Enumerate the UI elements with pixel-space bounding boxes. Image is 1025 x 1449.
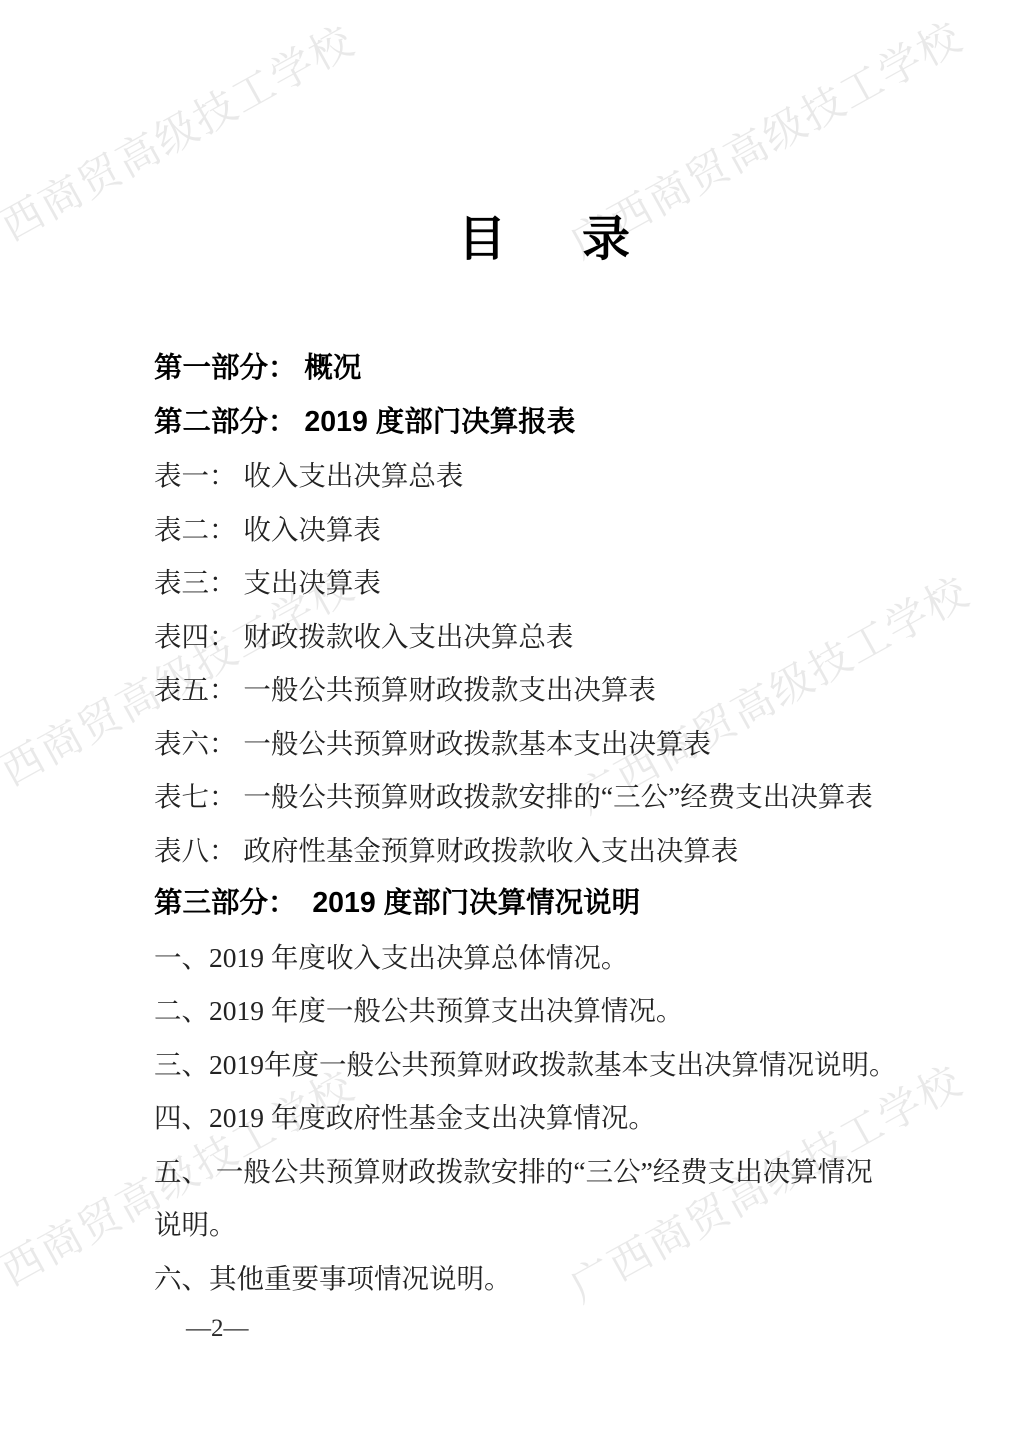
toc-entry-table2: 表二： 收入决算表 <box>154 503 944 557</box>
toc-entry-part2: 第二部分： 2019 度部门决算报表 <box>154 396 944 450</box>
table-of-contents: 第一部分： 概况 第二部分： 2019 度部门决算报表 表一： 收入支出决算总表… <box>154 342 944 1305</box>
page-title: 目 录 <box>458 212 630 268</box>
toc-entry-table4: 表四： 财政拨款收入支出决算总表 <box>154 610 944 664</box>
toc-entry-part1: 第一部分： 概况 <box>154 342 944 396</box>
toc-entry-note5: 五、 一般公共预算财政拨款安排的“三公”经费支出决算情况 <box>154 1145 944 1199</box>
toc-entry-table8: 表八： 政府性基金预算财政拨款收入支出决算表 <box>154 824 944 878</box>
toc-entry-table5: 表五： 一般公共预算财政拨款支出决算表 <box>154 663 944 717</box>
toc-entry-table1: 表一： 收入支出决算总表 <box>154 449 944 503</box>
toc-entry-note2: 二、2019 年度一般公共预算支出决算情况。 <box>154 984 944 1038</box>
toc-entry-note6: 六、其他重要事项情况说明。 <box>154 1252 944 1306</box>
toc-entry-table6: 表六： 一般公共预算财政拨款基本支出决算表 <box>154 717 944 771</box>
page-title-char-2: 录 <box>582 212 630 268</box>
page-title-char-1: 目 <box>458 212 506 268</box>
school-watermark: 广西商贸高级技工学校 <box>0 9 364 275</box>
toc-entry-table3: 表三： 支出决算表 <box>154 556 944 610</box>
toc-entry-note1: 一、2019 年度收入支出决算总体情况。 <box>154 931 944 985</box>
toc-entry-note3: 三、2019年度一般公共预算财政拨款基本支出决算情况说明。 <box>154 1038 944 1092</box>
toc-entry-part3: 第三部分： 2019 度部门决算情况说明 <box>154 877 944 931</box>
page-number: —2— <box>186 1312 249 1346</box>
toc-entry-note4: 四、2019 年度政府性基金支出决算情况。 <box>154 1091 944 1145</box>
toc-entry-table7: 表七： 一般公共预算财政拨款安排的“三公”经费支出决算表 <box>154 770 944 824</box>
toc-entry-note5-cont: 说明。 <box>154 1198 944 1252</box>
